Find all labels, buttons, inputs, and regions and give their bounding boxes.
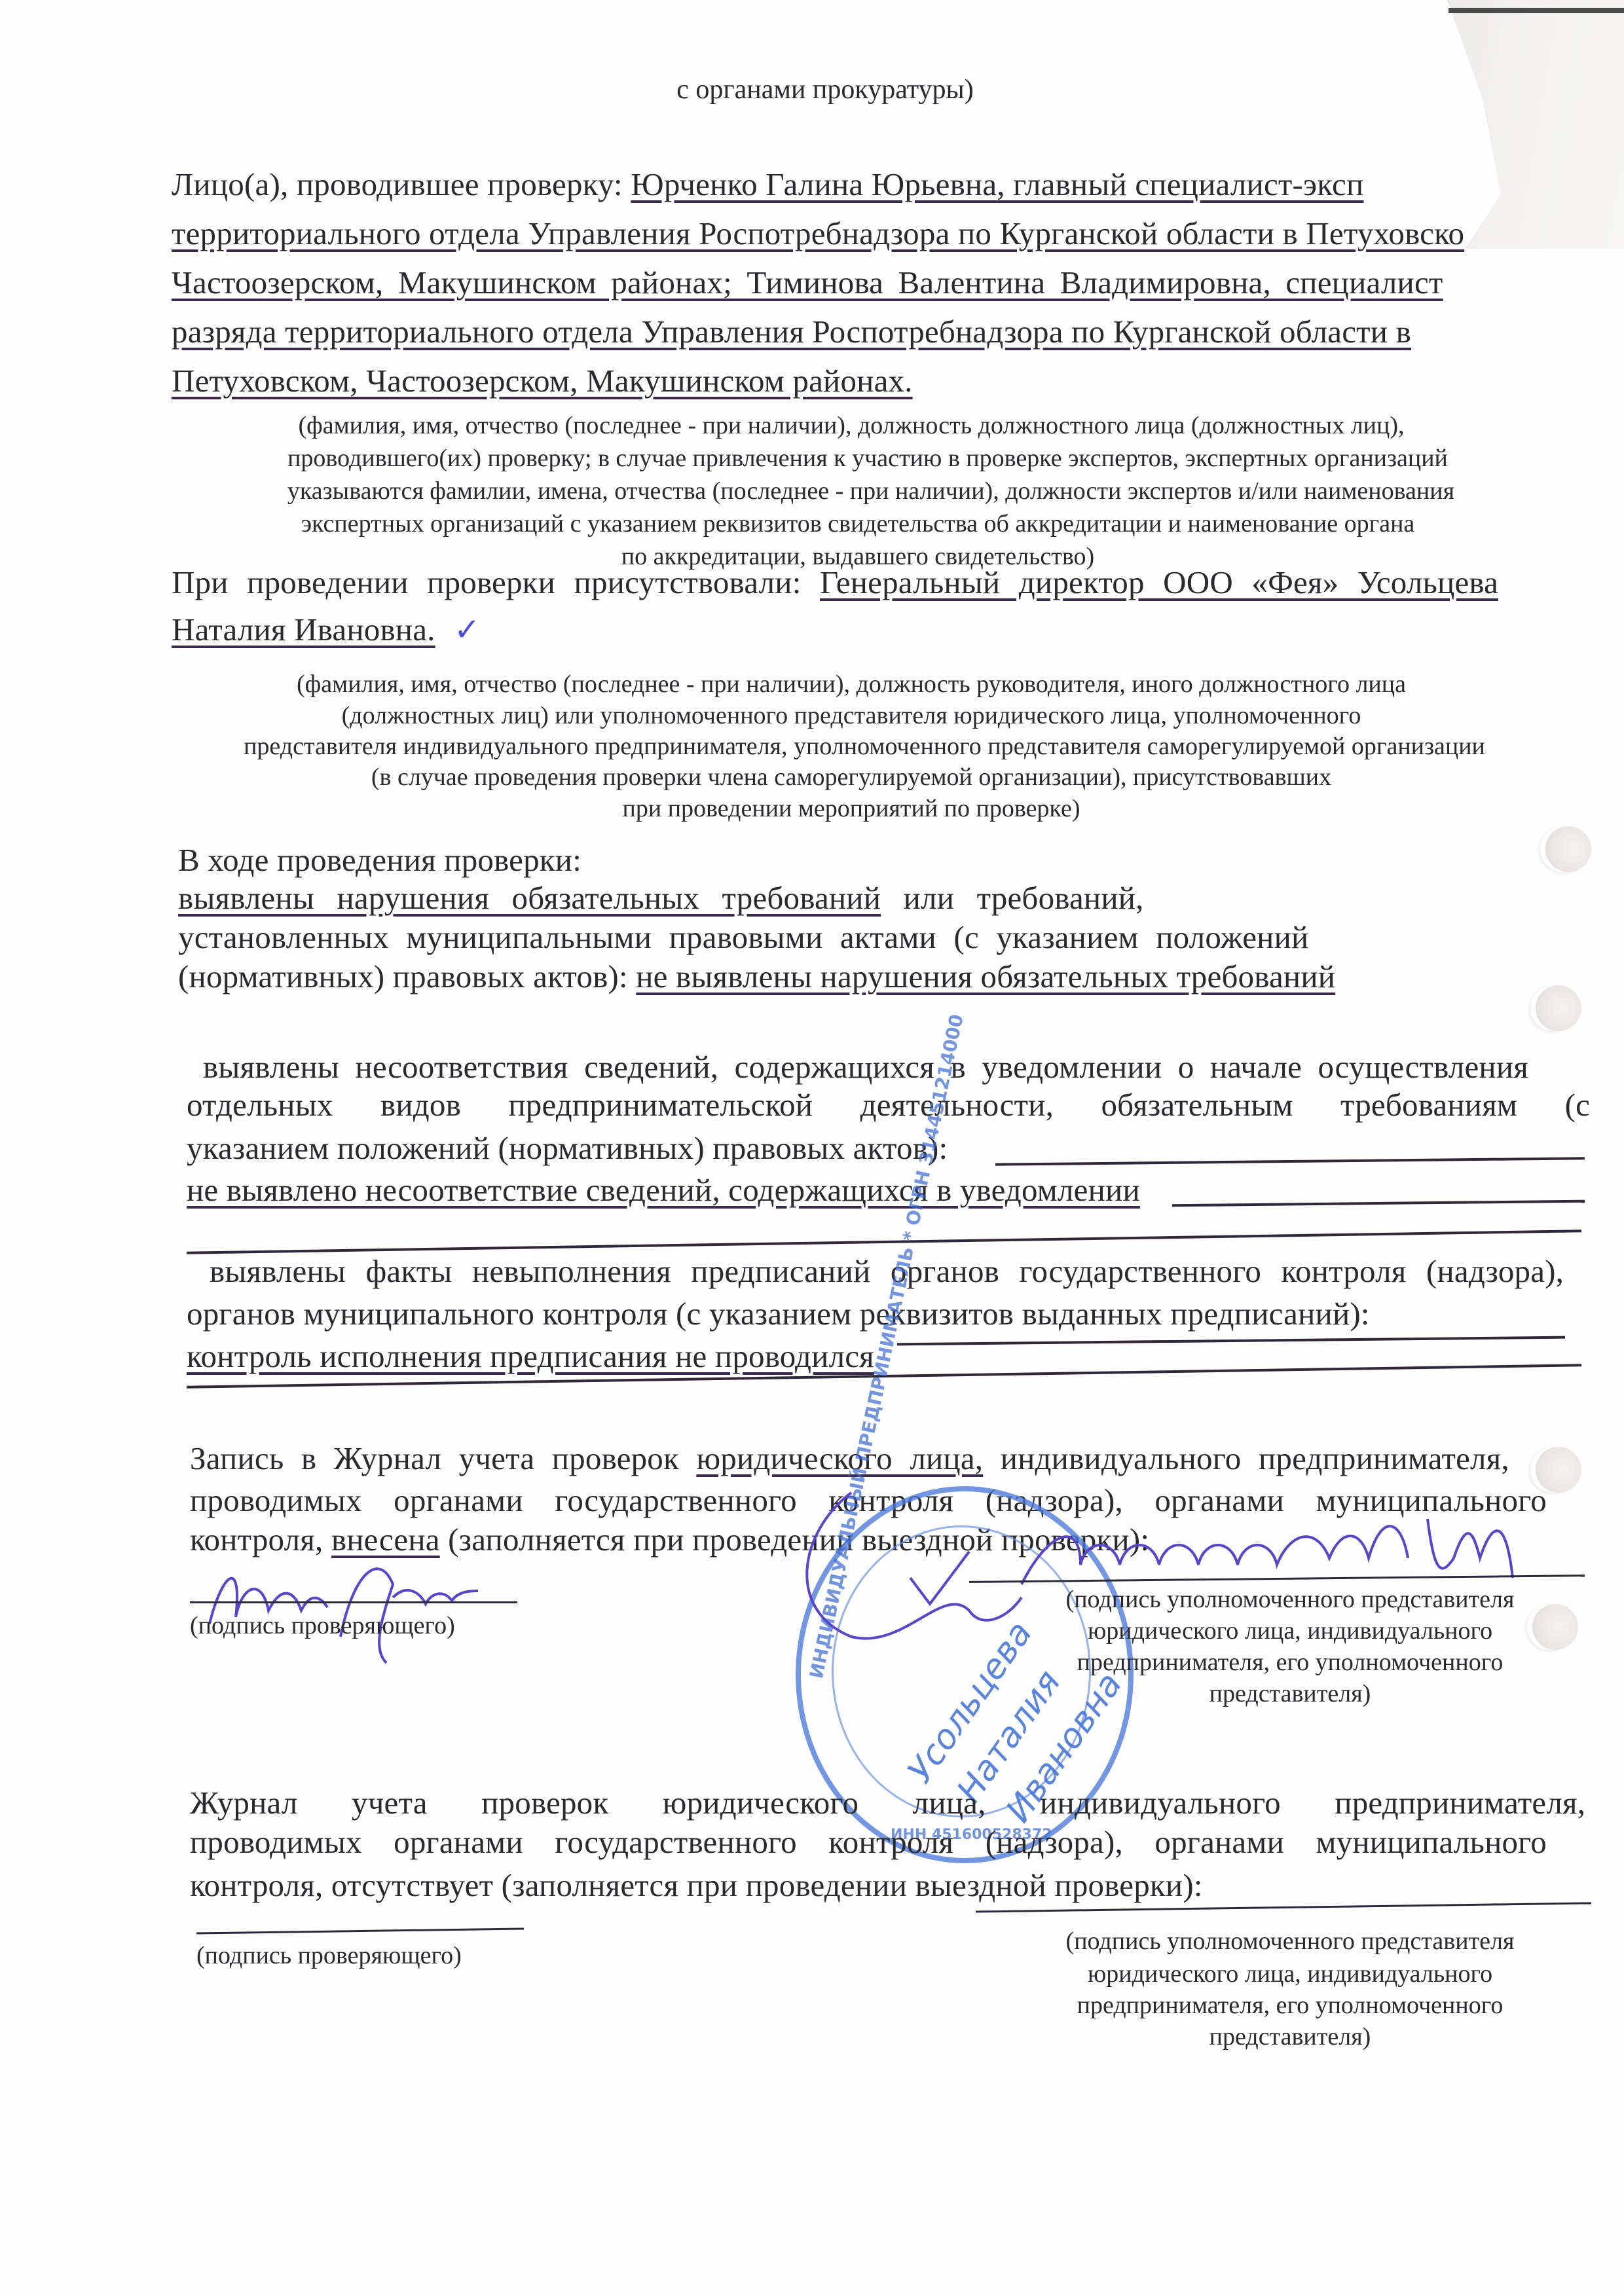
journal-entry-prefix: Запись в Журнал учета проверок	[190, 1440, 679, 1476]
violations-value: не выявлены нарушения обязательных требо…	[636, 958, 1335, 994]
present-note-4: (в случае проведения проверки члена само…	[196, 761, 1506, 793]
inspectors-note-2: проводившего(их) проверку; в случае прив…	[196, 442, 1539, 475]
present-note-1: (фамилия, имя, отчество (последнее - при…	[196, 668, 1506, 701]
journal-absent-line-1: Журнал учета проверок юридического лица,…	[190, 1782, 1585, 1824]
inspector-signature-label-2: (подпись проверяющего)	[196, 1939, 498, 1972]
rep-sign-label-2-4: представителя)	[1022, 2020, 1559, 2053]
present-line-1: При проведении проверки присутствовали: …	[172, 562, 1579, 604]
notification-blank-line-2	[1172, 1200, 1585, 1207]
present-value-2: Наталия Ивановна.	[172, 611, 435, 647]
rep-sign-label-4: представителя)	[1022, 1677, 1559, 1710]
inspectors-line-2: территориального отдела Управления Роспо…	[172, 213, 1449, 255]
notification-line-1: выявлены несоответствия сведений, содерж…	[203, 1046, 1578, 1088]
inspector-signature-line	[190, 1601, 517, 1603]
present-note-5: при проведении мероприятий по проверке)	[196, 792, 1506, 825]
journal-entry-rest: индивидуального предпринимателя,	[1001, 1440, 1509, 1476]
present-label: При проведении проверки присутствовали:	[172, 564, 802, 600]
checkmark-icon: ✓	[454, 611, 480, 648]
inspectors-note-1: (фамилия, имя, отчество (последнее - при…	[196, 409, 1506, 442]
rep-sign-label-1: (подпись уполномоченного представителя	[1022, 1583, 1559, 1616]
findings-intro: В ходе проведения проверки:	[178, 839, 581, 881]
document-page: с органами прокуратуры) Лицо(а), проводи…	[0, 0, 1624, 2296]
inspectors-line-5: Петуховском, Частоозерском, Макушинском …	[172, 360, 957, 402]
journal-entry-underlined: юридического лица,	[696, 1440, 983, 1476]
rep-sign-label-2-2: юридического лица, индивидуального	[1022, 1958, 1559, 1990]
journal-absent-line-2: проводимых органами государственного кон…	[190, 1821, 1585, 1863]
notification-value: не выявлено несоответствие сведений, сод…	[187, 1169, 1140, 1211]
inspectors-value: Юрченко Галина Юрьевна, главный специали…	[631, 166, 1363, 202]
hole-punch	[1536, 1447, 1581, 1493]
journal-entry-line-1: Запись в Журнал учета проверок юридическ…	[190, 1438, 1591, 1480]
present-line-2: Наталия Ивановна. ✓	[172, 609, 695, 651]
inspectors-label: Лицо(а), проводившее проверку:	[172, 166, 623, 202]
rep-sign-label-2-3: предпринимателя, его уполномоченного	[1022, 1989, 1559, 2022]
violations-line-2: установленных муниципальными правовыми а…	[178, 917, 1337, 958]
hole-punch	[1536, 985, 1581, 1031]
notification-blank-line-1	[995, 1157, 1585, 1165]
inspectors-line-3: Частоозерском, Макушинском районах; Тими…	[172, 262, 1468, 304]
scan-edge-shadow	[1449, 8, 1624, 13]
inspectors-line-1: Лицо(а), проводившее проверку: Юрченко Г…	[172, 164, 1449, 206]
journal-absent-line-3: контроля, отсутствует (заполняется при п…	[190, 1865, 1203, 1906]
inspector-signature-label: (подпись проверяющего)	[190, 1609, 491, 1642]
inspectors-line-4: разряда территориального отдела Управлен…	[172, 311, 1481, 353]
hole-punch	[1545, 826, 1591, 872]
violations-rest: или требований,	[904, 880, 1144, 916]
notification-line-2: отдельных видов предпринимательской деят…	[187, 1084, 1575, 1126]
hole-punch	[1532, 1604, 1578, 1650]
inspectors-note-4: экспертных организаций с указанием рекви…	[196, 507, 1519, 540]
violations-line-3: (нормативных) правовых актов): не выявле…	[178, 956, 1396, 998]
folded-corner	[1447, 0, 1624, 249]
violations-underlined: выявлены нарушения обязательных требован…	[178, 880, 881, 916]
present-note-2: (должностных лиц) или уполномоченного пр…	[196, 699, 1506, 732]
violations-line-1: выявлены нарушения обязательных требован…	[178, 877, 1187, 919]
prescriptions-blank-line-1	[897, 1336, 1565, 1346]
prescriptions-line-2: органов муниципального контроля (с указа…	[187, 1293, 1370, 1335]
violations-prefix: (нормативных) правовых актов):	[178, 958, 628, 994]
rep-sign-label-2-1: (подпись уполномоченного представителя	[1022, 1925, 1559, 1958]
inspector-signature-line-2	[196, 1928, 524, 1935]
present-value-1: Генеральный директор ООО «Фея» Усольцева	[820, 564, 1498, 600]
rep-sign-label-3: предпринимателя, его уполномоченного	[1022, 1646, 1559, 1679]
inspectors-note-3: указываются фамилии, имена, отчества (по…	[196, 475, 1545, 507]
rep-sign-label-2: юридического лица, индивидуального	[1022, 1614, 1559, 1647]
present-note-3: представителя индивидуального предприним…	[183, 730, 1545, 763]
prescriptions-value: контроль исполнения предписания не прово…	[187, 1336, 874, 1377]
heading-tail: с органами прокуратуры)	[655, 73, 995, 106]
notification-line-3: указанием положений (нормативных) правов…	[187, 1127, 948, 1169]
